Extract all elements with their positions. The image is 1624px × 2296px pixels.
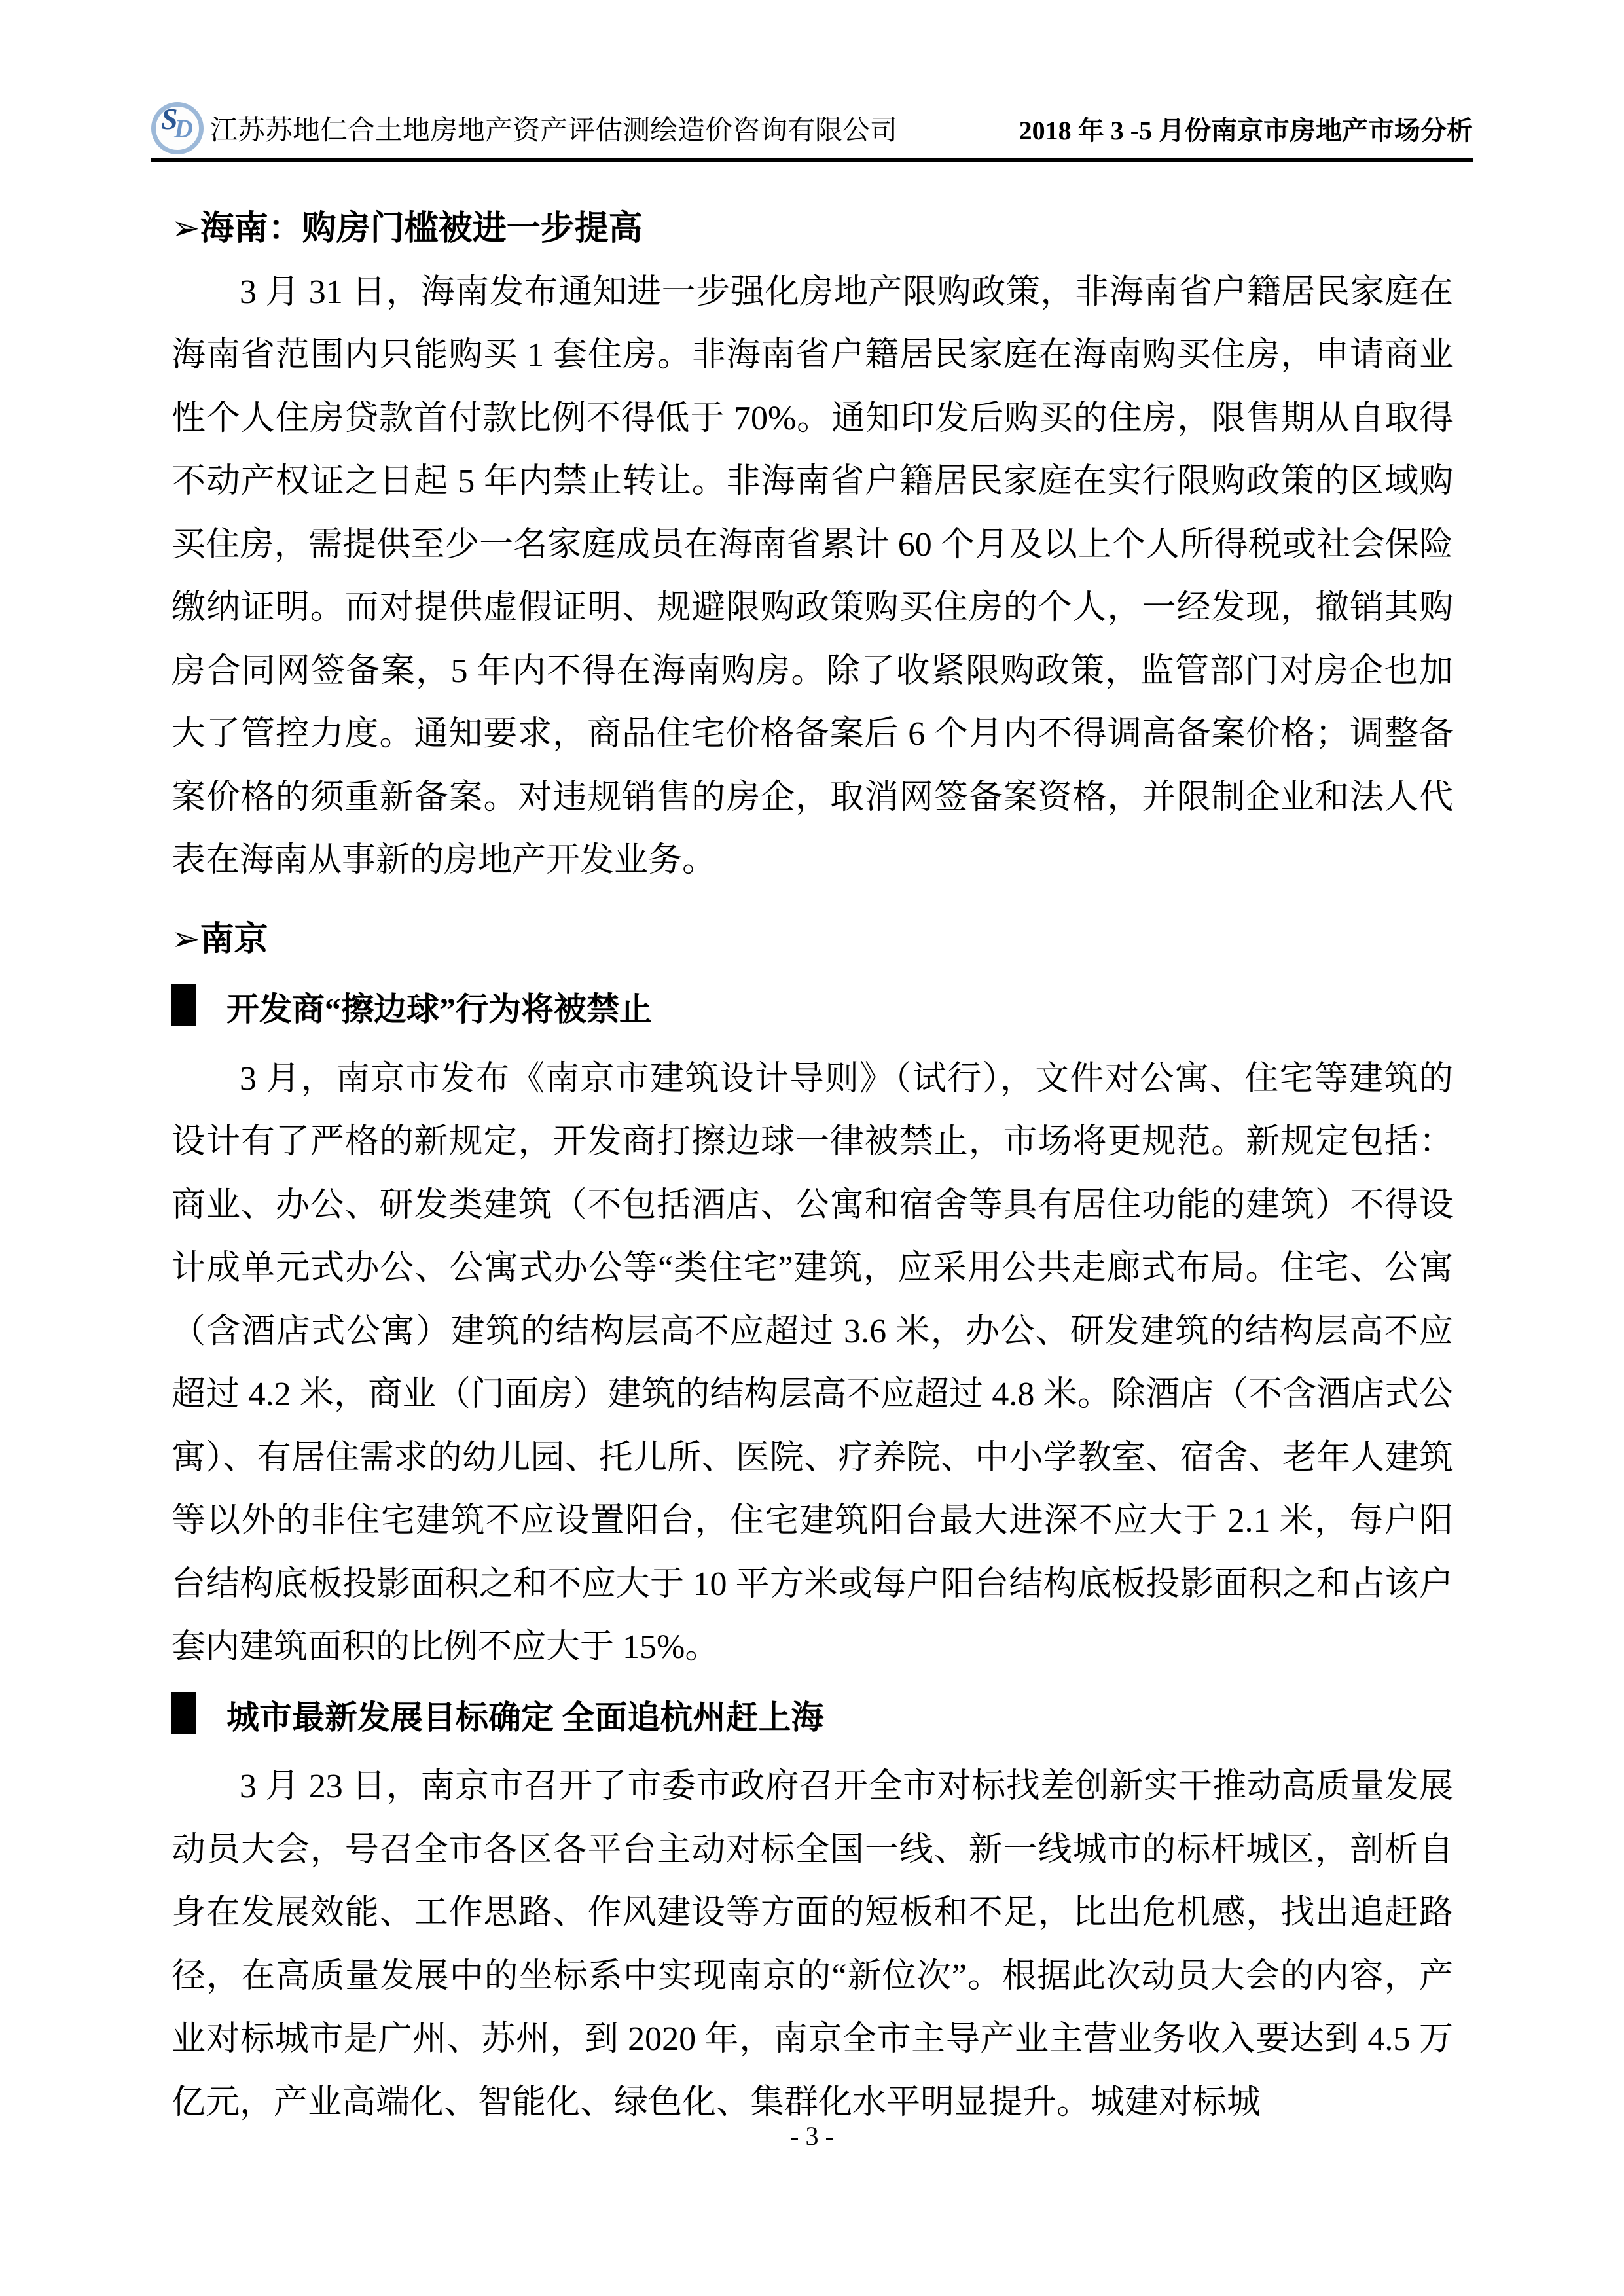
- page-number: - 3 -: [0, 2121, 1624, 2151]
- heading-hainan: ➢海南：购房门槛被进一步提高: [171, 198, 1453, 261]
- heading-developer-ban: 开发商“擦边球”行为将被禁止: [171, 978, 1453, 1041]
- arrow-marker-icon: ➢: [171, 921, 200, 958]
- paragraph-hainan-policy: 3 月 31 日，海南发布通知进一步强化房地产限购政策，非海南省户籍居民家庭在海…: [171, 261, 1453, 893]
- arrow-marker-icon: ➢: [171, 210, 200, 247]
- document-page: S D 江苏苏地仁合土地房地产资产评估测绘造价咨询有限公司 2018 年 3 -…: [0, 0, 1624, 2296]
- paragraph-city-goal: 3 月 23 日，南京市召开了市委市政府召开全市对标找差创新实干推动高质量发展动…: [171, 1755, 1453, 2134]
- heading-text: 南京: [200, 921, 268, 958]
- heading-text: 城市最新发展目标确定 全面追杭州赶上海: [226, 1699, 824, 1736]
- heading-text: 开发商“擦边球”行为将被禁止: [226, 991, 652, 1028]
- heading-text: 海南：购房门槛被进一步提高: [200, 210, 643, 247]
- header-left: S D 江苏苏地仁合土地房地产资产评估测绘造价咨询有限公司: [151, 102, 897, 154]
- page-header: S D 江苏苏地仁合土地房地产资产评估测绘造价咨询有限公司 2018 年 3 -…: [151, 98, 1473, 162]
- heading-nanjing: ➢南京: [171, 908, 1453, 972]
- heading-city-goal: 城市最新发展目标确定 全面追杭州赶上海: [171, 1686, 1453, 1749]
- company-logo-icon: S D: [151, 102, 204, 154]
- logo-letter-d: D: [174, 116, 193, 142]
- paragraph-design-guideline: 3 月，南京市发布《南京市建筑设计导则》（试行），文件对公寓、住宅等建筑的设计有…: [171, 1048, 1453, 1679]
- document-body: ➢海南：购房门槛被进一步提高 3 月 31 日，海南发布通知进一步强化房地产限购…: [151, 162, 1473, 2134]
- report-title: 2018 年 3 -5 月份南京市房地产市场分析: [1019, 110, 1473, 147]
- company-name: 江苏苏地仁合土地房地产资产评估测绘造价咨询有限公司: [210, 109, 897, 148]
- square-bullet-icon: [171, 984, 196, 1026]
- square-bullet-icon: [171, 1692, 196, 1734]
